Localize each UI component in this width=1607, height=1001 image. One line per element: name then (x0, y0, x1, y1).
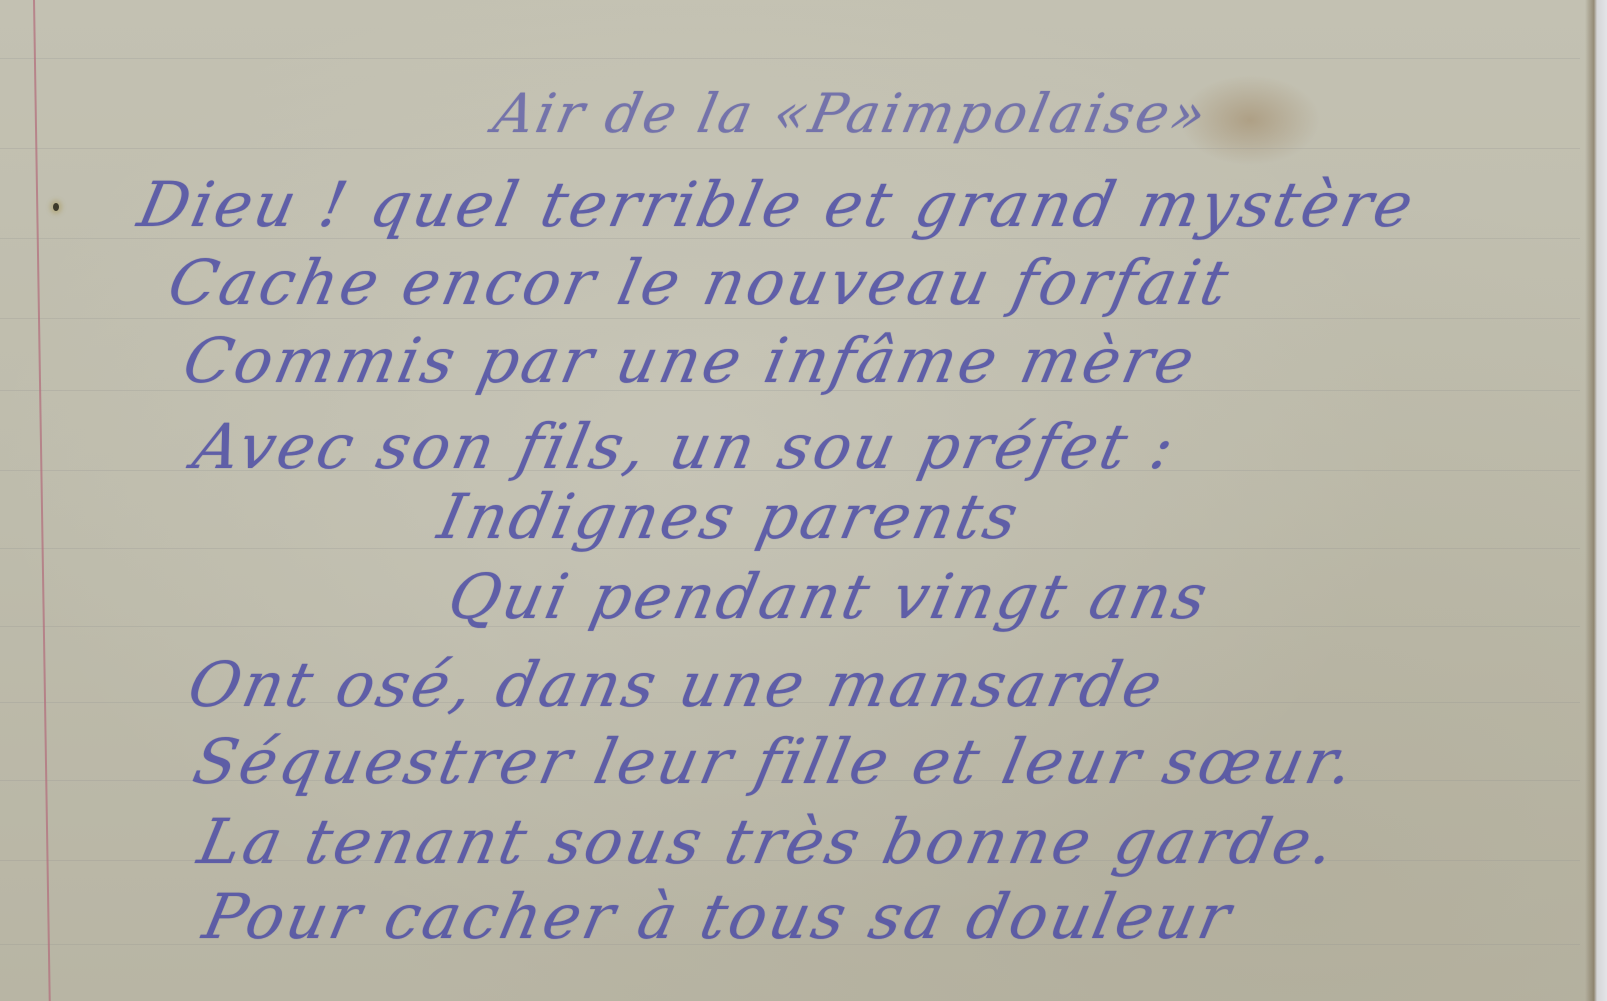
ink-speck (53, 203, 59, 211)
page-edge (1585, 0, 1607, 1001)
verse-line-1: Dieu ! quel terrible et grand mystère (132, 168, 1422, 241)
ruled-line (0, 148, 1580, 149)
verse-line-9: La tenant sous très bonne garde. (192, 805, 1343, 878)
notebook-page: Air de la «Paimpolaise» Dieu ! quel terr… (0, 0, 1607, 1001)
verse-line-5: Indignes parents (432, 480, 1027, 553)
red-margin-line (33, 0, 51, 1001)
verse-line-4: Avec son fils, un sou préfet : (187, 410, 1183, 483)
verse-line-3: Commis par une infâme mère (177, 324, 1203, 397)
verse-line-2: Cache encor le nouveau forfait (162, 246, 1237, 319)
verse-line-10: Pour cacher à tous sa douleur (197, 880, 1240, 953)
verse-line-6: Qui pendant vingt ans (442, 560, 1216, 633)
verse-line-7: Ont osé, dans une mansarde (182, 648, 1171, 721)
song-title: Air de la «Paimpolaise» (488, 82, 1214, 145)
verse-line-8: Séquestrer leur fille et leur sœur. (187, 725, 1363, 798)
ruled-line (0, 58, 1580, 59)
